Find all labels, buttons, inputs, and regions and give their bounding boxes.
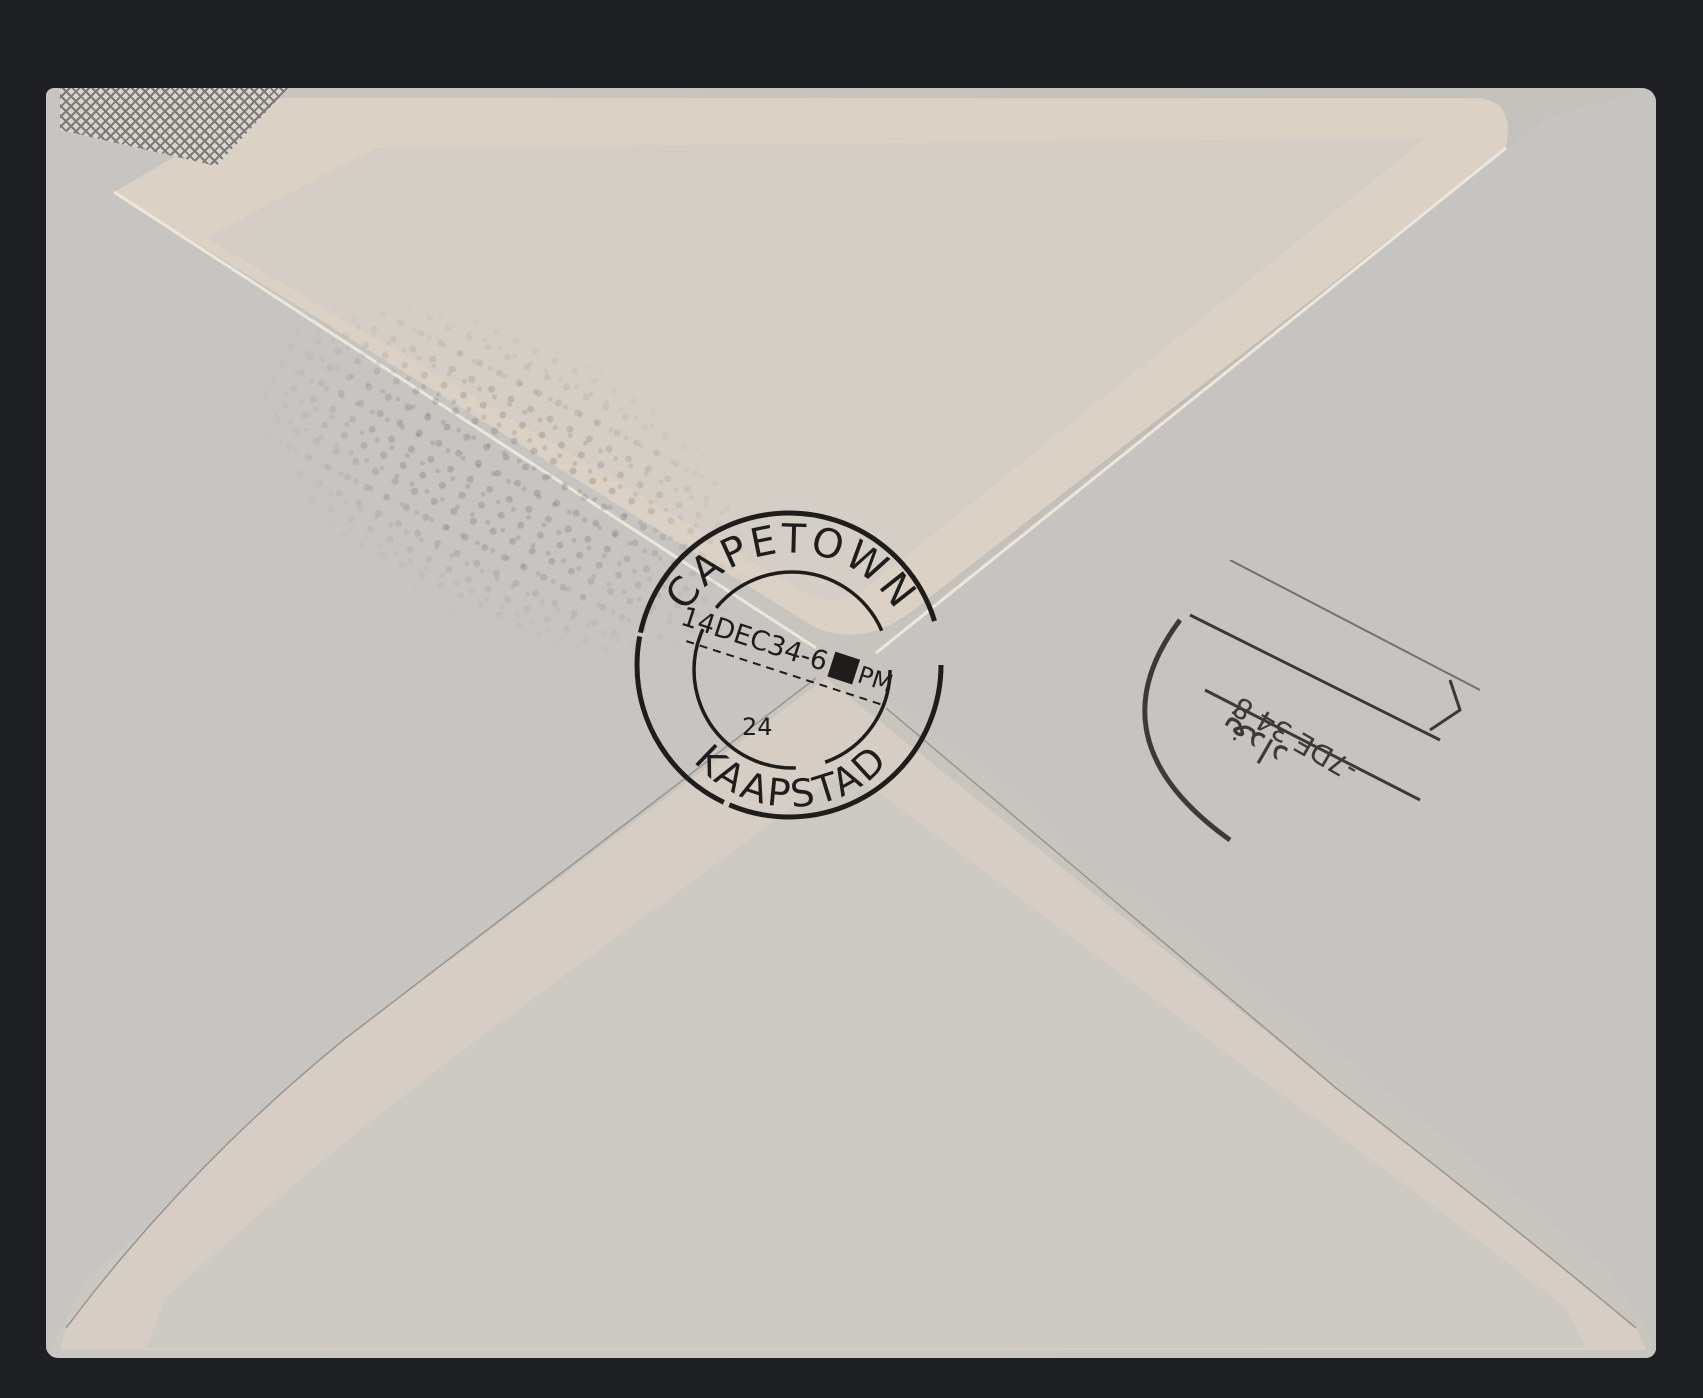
postmark-office-number: 24 xyxy=(742,713,773,741)
capetown-postmark: CAPETOWN KAAPSTAD 14DEC34-6 PM 24 xyxy=(624,500,954,830)
postmark-bottom-text: KAAPSTAD xyxy=(686,736,896,817)
arrival-postmark: -7DE 34 8 بغداد xyxy=(1110,560,1480,880)
postmark-time-suffix: PM xyxy=(854,661,896,699)
postmark-top-text: CAPETOWN xyxy=(657,516,926,618)
